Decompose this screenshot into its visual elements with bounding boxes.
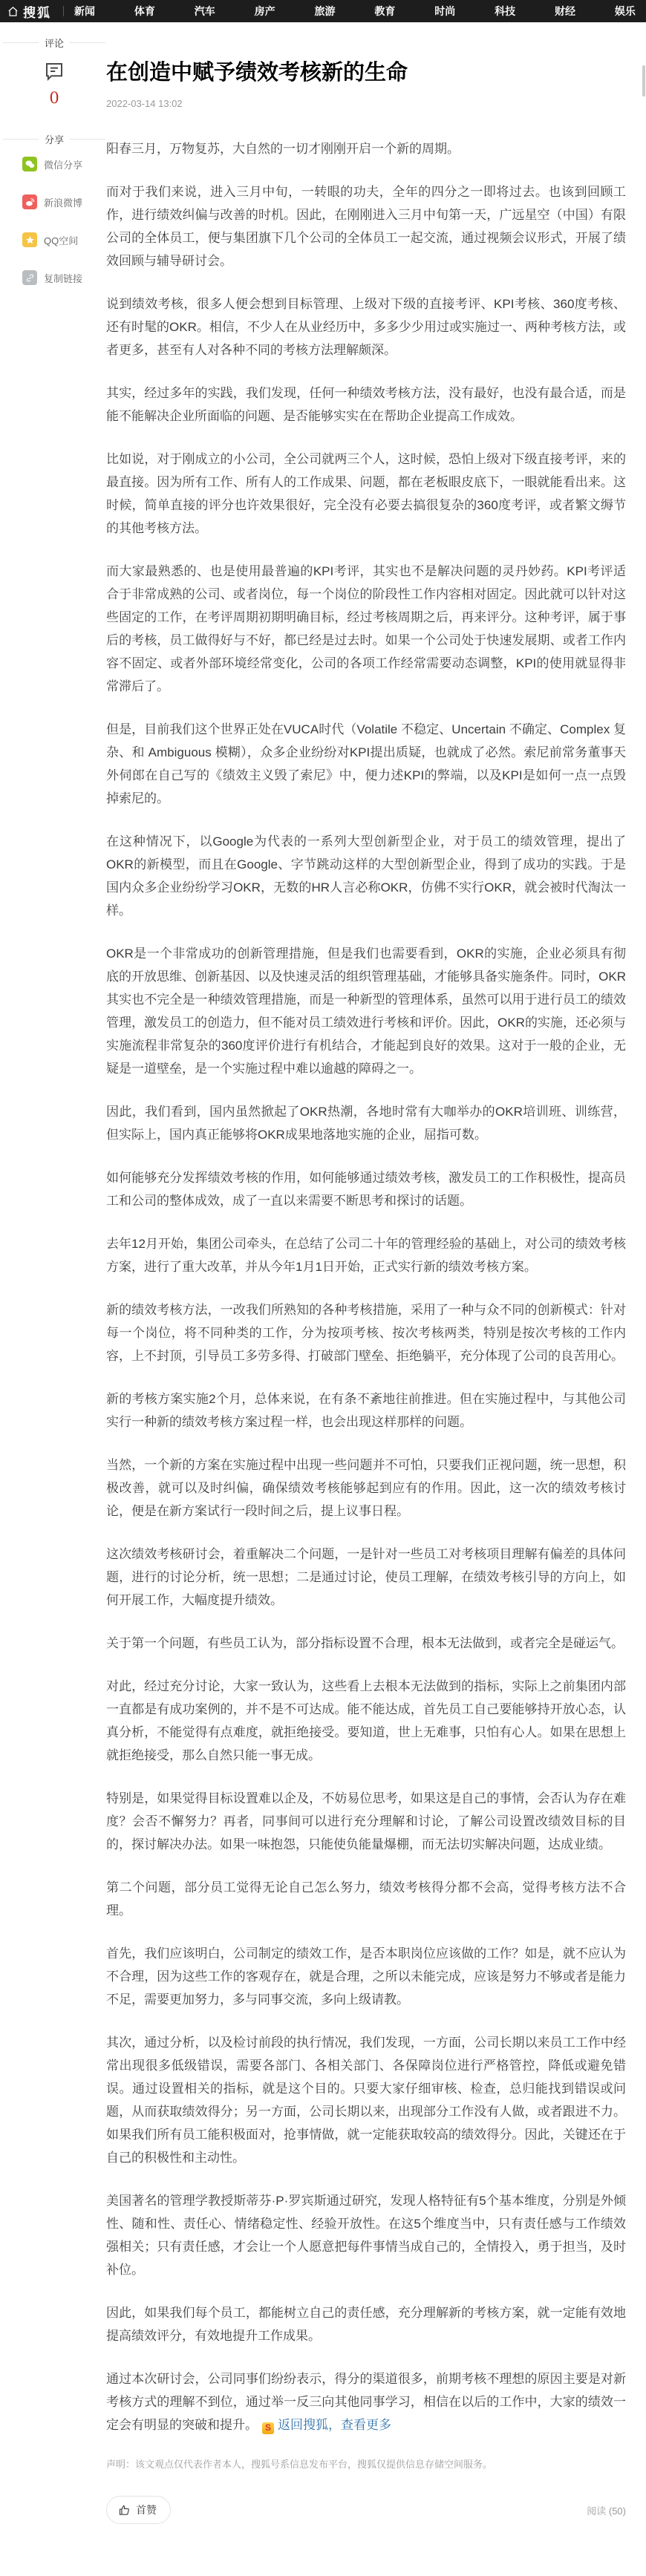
wechat-icon [22,157,37,171]
article-paragraph: 因此，如果我们每个员工，都能树立自己的责任感，充分理解新的考核方案，就一定能有效… [106,2301,626,2347]
paragraph-text: 说到绩效考核，很多人便会想到目标管理、上级对下级的直接考评、KPI考核、360度… [106,297,626,357]
article-paragraph: 通过本次研讨会，公司同事们纷纷表示，得分的渠道很多，前期考核不理想的原因主要是对… [106,2367,626,2436]
article-paragraph: 其实，经过多年的实践，我们发现，任何一种绩效考核方法，没有最好，也没有最合适，而… [106,382,626,428]
nav-item-6[interactable]: 教育 [374,4,395,19]
back-to-sohu-link[interactable]: 返回搜狐，查看更多 [278,2418,391,2432]
article-paragraph: 而大家最熟悉的、也是使用最普遍的KPI考评，其实也不是解决问题的灵丹妙药。KPI… [106,560,626,698]
article-paragraph: 美国著名的管理学教授斯蒂芬·P·罗宾斯通过研究，发现人格特征有5个基本维度，分别… [106,2189,626,2281]
article-paragraph: 但是，目前我们这个世界正处在VUCA时代（Volatile 不稳定、Uncert… [106,718,626,810]
article-paragraph: 首先，我们应该明白，公司制定的绩效工作，是否本职岗位应该做的工作？如是，就不应认… [106,1942,626,2011]
article-paragraph: 说到绩效考核，很多人便会想到目标管理、上级对下级的直接考评、KPI考核、360度… [106,292,626,362]
article-paragraph: 阳春三月，万物复苏，大自然的一切才刚刚开启一个新的周期。 [106,137,626,160]
paragraph-text: 阳春三月，万物复苏，大自然的一切才刚刚开启一个新的周期。 [106,142,460,156]
disclaimer-text: 声明：该文观点仅代表作者本人，搜狐号系信息发布平台，搜狐仅提供信息存储空间服务。 [106,2456,626,2471]
paragraph-text: 而大家最熟悉的、也是使用最普遍的KPI考评，其实也不是解决问题的灵丹妙药。KPI… [106,564,626,693]
paragraph-text: 新的考核方案实施2个月，总体来说，在有条不紊地往前推进。但在实施过程中，与其他公… [106,1392,626,1429]
share-list: 微信分享新浪微博QQ空间复制链接 [0,157,108,285]
paragraph-text: OKR是一个非常成功的创新管理措施，但是我们也需要看到，OKR的实施，企业必须具… [106,947,626,1076]
read-count: 阅读 (50) [587,2503,626,2517]
paragraph-text: 美国著名的管理学教授斯蒂芬·P·罗宾斯通过研究，发现人格特征有5个基本维度，分别… [106,2194,626,2277]
paragraph-text: 其实，经过多年的实践，我们发现，任何一种绩效考核方法，没有最好，也没有最合适，而… [106,386,626,423]
article-paragraph: 去年12月开始，集团公司牵头，在总结了公司二十年的管理经验的基础上，对公司的绩效… [106,1232,626,1278]
share-item-label: 微信分享 [44,157,82,171]
share-item-qzone[interactable]: QQ空间 [22,232,108,247]
share-item-copylink[interactable]: 复制链接 [22,270,108,285]
paragraph-text: 对此，经过充分讨论，大家一致认为，这些看上去根本无法做到的指标，实际上之前集团内… [106,1679,626,1762]
article-paragraph: 这次绩效考核研讨会，着重解决二个问题，一是针对一些员工对考核项目理解有偏差的具体… [106,1543,626,1612]
nav-divider [63,6,64,16]
paragraph-text: 关于第一个问题，有些员工认为，部分指标设置不合理，根本无法做到，或者完全是碰运气… [106,1636,624,1650]
scrollbar-thumb[interactable] [642,65,645,97]
nav-item-9[interactable]: 财经 [555,4,575,19]
share-item-label: 新浪微博 [44,195,82,209]
qzone-icon [22,232,37,247]
paragraph-text: 当然，一个新的方案在实施过程中出现一些问题并不可怕，只要我们正视问题，统一思想，… [106,1458,626,1518]
share-item-weibo[interactable]: 新浪微博 [22,194,108,209]
paragraph-text: 这次绩效考核研讨会，着重解决二个问题，一是针对一些员工对考核项目理解有偏差的具体… [106,1547,626,1607]
nav-item-7[interactable]: 时尚 [434,4,455,19]
article-paragraph: 在这种情况下，以Google为代表的一系列大型创新型企业，对于员工的绩效管理，提… [106,830,626,922]
paragraph-text: 在这种情况下，以Google为代表的一系列大型创新型企业，对于员工的绩效管理，提… [106,834,626,918]
comment-bubble-icon [43,60,65,82]
paragraph-text: 比如说，对于刚成立的小公司，全公司就两三个人，这时候，恐怕上级对下级直接考评，来… [106,452,626,535]
share-item-label: QQ空间 [44,233,78,247]
paragraph-text: 因此，如果我们每个员工，都能树立自己的责任感，充分理解新的考核方案，就一定能有效… [106,2306,626,2343]
paragraph-text: 特别是，如果觉得目标设置难以企及，不妨易位思考，如果这是自己的事情，会否认为存在… [106,1791,626,1851]
article-paragraph: 其次，通过分析，以及检讨前段的执行情况，我们发现，一方面，公司长期以来员工工作中… [106,2031,626,2169]
comment-count[interactable]: 0 [0,89,108,107]
article-paragraph: 因此，我们看到，国内虽然掀起了OKR热潮，各地时常有大咖举办的OKR培训班、训练… [106,1100,626,1146]
comment-label-text: 评论 [45,36,64,50]
nav-item-8[interactable]: 科技 [495,4,515,19]
nav-item-10[interactable]: 娱乐 [615,4,636,19]
paragraph-text: 因此，我们看到，国内虽然掀起了OKR热潮，各地时常有大咖举办的OKR培训班、训练… [106,1105,626,1142]
nav-items: 新闻体育汽车房产旅游教育时尚科技财经娱乐 [74,4,636,19]
paragraph-text: 其次，通过分析，以及检讨前段的执行情况，我们发现，一方面，公司长期以来员工工作中… [106,2036,626,2165]
share-item-wechat[interactable]: 微信分享 [22,157,108,171]
share-section-label: 分享 [3,132,105,146]
thumbs-up-icon [118,2504,131,2517]
weibo-icon [22,194,37,209]
like-button-label: 首赞 [136,2503,157,2517]
paragraph-text: 新的绩效考核方法，一改我们所熟知的各种考核措施，采用了一种与众不同的创新模式：针… [106,1303,626,1363]
nav-item-2[interactable]: 体育 [134,4,155,19]
paragraph-text: 但是，目前我们这个世界正处在VUCA时代（Volatile 不稳定、Uncert… [106,722,626,805]
article-date: 2022-03-14 13:02 [106,98,626,109]
nav-item-1[interactable]: 新闻 [74,4,95,19]
article-paragraph: 新的考核方案实施2个月，总体来说，在有条不紊地往前推进。但在实施过程中，与其他公… [106,1387,626,1434]
article-paragraph: 第二个问题，部分员工觉得无论自己怎么努力，绩效考核得分都不会高，觉得考核方法不合… [106,1876,626,1922]
sohu-fox-icon: S [262,2422,274,2434]
sohu-brand[interactable]: 搜狐 [7,2,51,21]
like-button[interactable]: 首赞 [106,2496,171,2524]
article-paragraph: 比如说，对于刚成立的小公司，全公司就两三个人，这时候，恐怕上级对下级直接考评，来… [106,448,626,540]
article-paragraph: 关于第一个问题，有些员工认为，部分指标设置不合理，根本无法做到，或者完全是碰运气… [106,1632,626,1655]
article-footer-row: 首赞 阅读 (50) [106,2496,626,2524]
paragraph-text: 第二个问题，部分员工觉得无论自己怎么努力，绩效考核得分都不会高，觉得考核方法不合… [106,1880,626,1918]
share-label-text: 分享 [45,132,64,146]
article-paragraph: OKR是一个非常成功的创新管理措施，但是我们也需要看到，OKR的实施，企业必须具… [106,942,626,1080]
comment-button[interactable] [0,60,108,85]
nav-item-4[interactable]: 房产 [255,4,275,19]
article-paragraph: 如何能够充分发挥绩效考核的作用，如何能够通过绩效考核，激发员工的工作积极性，提高… [106,1166,626,1212]
sohu-logo-text: 搜狐 [23,2,51,21]
article-paragraph: 对此，经过充分讨论，大家一致认为，这些看上去根本无法做到的指标，实际上之前集团内… [106,1675,626,1767]
paragraph-text: 如何能够充分发挥绩效考核的作用，如何能够通过绩效考核，激发员工的工作积极性，提高… [106,1171,626,1208]
paragraph-text: 首先，我们应该明白，公司制定的绩效工作，是否本职岗位应该做的工作？如是，就不应认… [106,1946,626,2007]
copylink-icon [22,270,37,285]
article-main: 在创造中赋予绩效考核新的生命 2022-03-14 13:02 阳春三月，万物复… [106,22,626,2524]
paragraph-text: 而对于我们来说，进入三月中旬，一转眼的功夫，全年的四分之一即将过去。也该到回顾工… [106,185,626,268]
article-body: 阳春三月，万物复苏，大自然的一切才刚刚开启一个新的周期。而对于我们来说，进入三月… [106,137,626,2436]
home-icon [7,6,19,17]
paragraph-text: 去年12月开始，集团公司牵头，在总结了公司二十年的管理经验的基础上，对公司的绩效… [106,1237,626,1274]
article-paragraph: 新的绩效考核方法，一改我们所熟知的各种考核措施，采用了一种与众不同的创新模式：针… [106,1298,626,1367]
article-paragraph: 而对于我们来说，进入三月中旬，一转眼的功夫，全年的四分之一即将过去。也该到回顾工… [106,180,626,272]
article-paragraph: 特别是，如果觉得目标设置难以企及，不妨易位思考，如果这是自己的事情，会否认为存在… [106,1787,626,1856]
top-navigation-bar: 搜狐 新闻体育汽车房产旅游教育时尚科技财经娱乐 [0,0,646,22]
nav-item-5[interactable]: 旅游 [315,4,336,19]
article-title: 在创造中赋予绩效考核新的生命 [106,59,626,86]
article-paragraph: 当然，一个新的方案在实施过程中出现一些问题并不可怕，只要我们正视问题，统一思想，… [106,1454,626,1523]
nav-item-3[interactable]: 汽车 [195,4,215,19]
comment-section-label: 评论 [3,36,105,50]
share-item-label: 复制链接 [44,271,82,285]
left-sidebar: 评论 0 分享 微信分享新浪微博QQ空间复制链接 [0,36,108,308]
sohu-backlink: S返回搜狐，查看更多 [258,2418,391,2432]
